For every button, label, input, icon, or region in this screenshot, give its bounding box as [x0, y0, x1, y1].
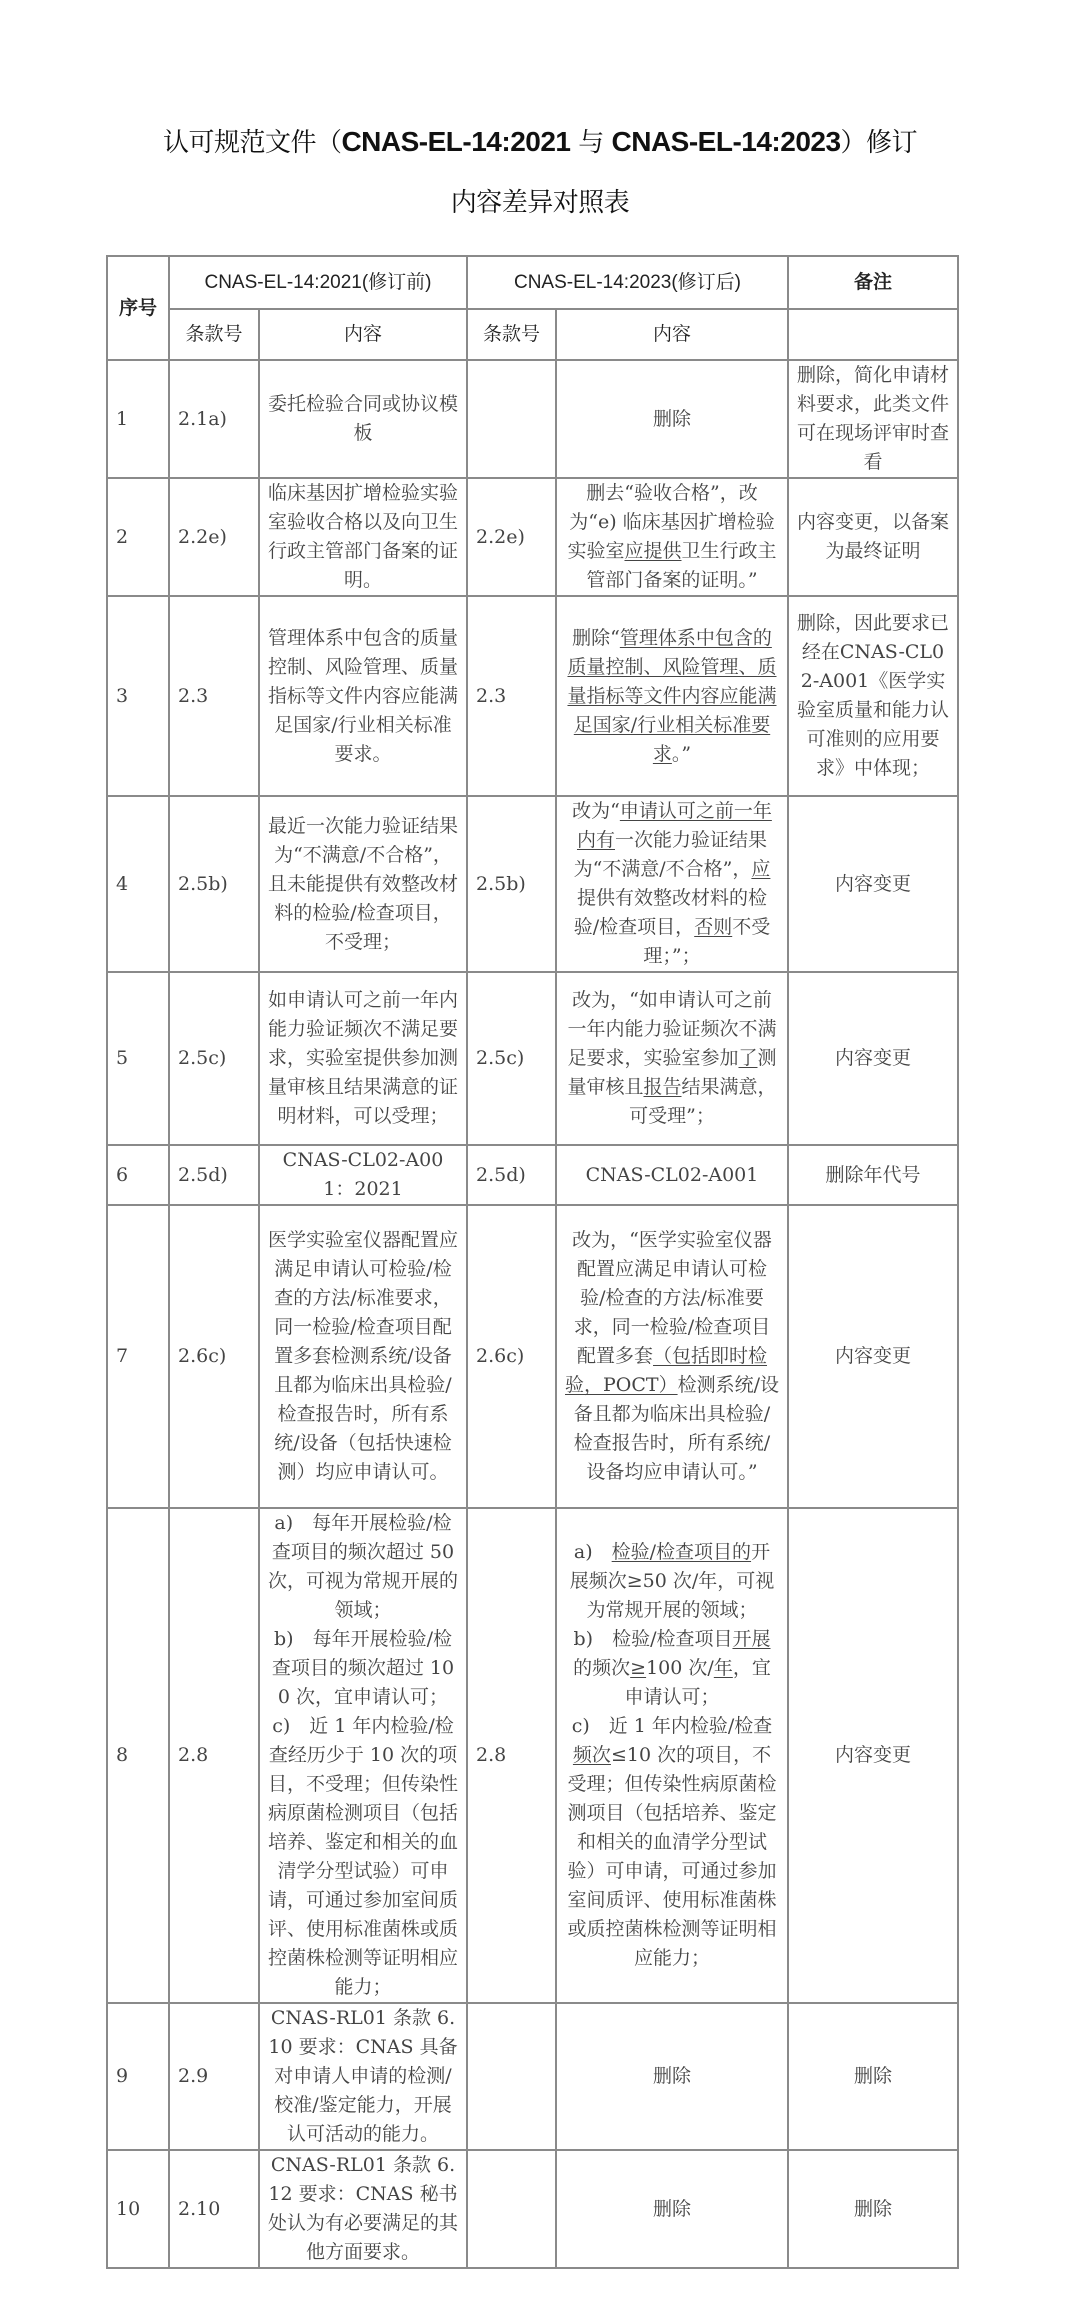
clause-before-cell: 2.1a)	[169, 360, 259, 478]
clause-before-cell: 2.5d)	[169, 1145, 259, 1205]
header-row-1: 序号 CNAS-EL-14:2021(修订前) CNAS-EL-14:2023(…	[107, 256, 958, 309]
revised-text-underlined: 应	[751, 858, 770, 880]
seq-cell: 2	[107, 478, 169, 596]
text-segment: 管理体系中包含的质量控制、风险管理、质量指标等文件内容应能满足国家/行业相关标准…	[268, 627, 458, 765]
text-segment: c) 近 1 年内检验/检查经历少于 10 次的项目，不受理；但传染性病原菌检测…	[268, 1715, 458, 1998]
text-segment: 删除	[653, 2065, 691, 2087]
text-segment: CNAS-CL02-A001：2021	[283, 1149, 444, 1200]
seq-cell: 9	[107, 2003, 169, 2150]
remark-cell: 内容变更	[788, 972, 958, 1145]
clause-after-cell: 2.3	[467, 596, 556, 796]
clause-after-cell	[467, 2003, 556, 2150]
clause-after-cell: 2.5b)	[467, 796, 556, 972]
seq-cell: 4	[107, 796, 169, 972]
text-segment: CNAS-RL01 条款 6.12 要求：CNAS 秘书处认为有必要满足的其他方…	[268, 2154, 458, 2263]
text-segment: CNAS-CL02-A001	[586, 1164, 759, 1186]
text-segment: b) 检验/检查项目	[574, 1628, 733, 1650]
content-before-cell: CNAS-RL01 条款 6.10 要求：CNAS 具备对申请人申请的检测/校准…	[259, 2003, 467, 2150]
text-segment: 委托检验合同或协议模板	[268, 393, 458, 444]
content-after-cell: 改为，“如申请认可之前一年内能力验证频次不满足要求，实验室参加了测量审核且报告结…	[556, 972, 788, 1145]
content-after-cell: 改为“申请认可之前一年内有一次能力验证结果为“不满意/不合格”，应提供有效整改材…	[556, 796, 788, 972]
content-after-cell: 删除	[556, 2003, 788, 2150]
content-before-cell: 医学实验室仪器配置应满足申请认可检验/检查的方法/标准要求，同一检验/检查项目配…	[259, 1205, 467, 1508]
revised-text-underlined: 年	[714, 1657, 733, 1679]
header-after: CNAS-EL-14:2023(修订后)	[467, 256, 788, 309]
content-before-cell: a) 每年开展检验/检查项目的频次超过 50 次，可视为常规开展的领域；b) 每…	[259, 1508, 467, 2003]
content-after-cell: 删去“验收合格”，改为“e) 临床基因扩增检验实验室应提供卫生行政主管部门备案的…	[556, 478, 788, 596]
content-after-cell: 删除	[556, 2150, 788, 2268]
content-after-cell: 删除	[556, 360, 788, 478]
header-clause-before: 条款号	[169, 309, 259, 360]
text-segment: a) 每年开展检验/检查项目的频次超过 50 次，可视为常规开展的领域；	[268, 1512, 458, 1621]
header-remark-empty	[788, 309, 958, 360]
content-before-cell: 管理体系中包含的质量控制、风险管理、质量指标等文件内容应能满足国家/行业相关标准…	[259, 596, 467, 796]
text-segment: 临床基因扩增检验实验室验收合格以及向卫生行政主管部门备案的证明。	[268, 482, 458, 591]
content-before-cell: 最近一次能力验证结果为“不满意/不合格”，且未能提供有效整改材料的检验/检查项目…	[259, 796, 467, 972]
document-title-line2: 内容差异对照表	[0, 182, 1080, 219]
table-row: 72.6c)医学实验室仪器配置应满足申请认可检验/检查的方法/标准要求，同一检验…	[107, 1205, 958, 1508]
table-row: 12.1a)委托检验合同或协议模板删除删除，简化申请材料要求，此类文件可在现场评…	[107, 360, 958, 478]
revised-text-underlined: ≥	[630, 1657, 646, 1679]
remark-cell: 删除	[788, 2150, 958, 2268]
seq-cell: 10	[107, 2150, 169, 2268]
remark-cell: 内容变更，以备案为最终证明	[788, 478, 958, 596]
revised-text-underlined: 检验/检查项目的	[612, 1541, 751, 1563]
content-after-cell: a) 检验/检查项目的开展频次≥50 次/年，可视为常规开展的领域；b) 检验/…	[556, 1508, 788, 2003]
title-connector: 与	[570, 128, 611, 158]
seq-cell: 5	[107, 972, 169, 1145]
text-segment: 医学实验室仪器配置应满足申请认可检验/检查的方法/标准要求，同一检验/检查项目配…	[268, 1229, 458, 1483]
document-title-line1: 认可规范文件（CNAS-EL-14:2021 与 CNAS-EL-14:2023…	[0, 122, 1080, 159]
text-segment: 如申请认可之前一年内能力验证频次不满足要求，实验室提供参加测量审核且结果满意的证…	[268, 989, 458, 1127]
clause-after-cell	[467, 360, 556, 478]
text-segment: 。”	[672, 743, 691, 765]
header-row-2: 条款号 内容 条款号 内容	[107, 309, 958, 360]
content-after-cell: 改为，“医学实验室仪器配置应满足申请认可检验/检查的方法/标准要求，同一检验/检…	[556, 1205, 788, 1508]
remark-cell: 内容变更	[788, 796, 958, 972]
content-after-cell: 删除“管理体系中包含的质量控制、风险管理、质量指标等文件内容应能满足国家/行业相…	[556, 596, 788, 796]
title-code-2023: CNAS-EL-14:2023	[612, 126, 841, 157]
header-remark: 备注	[788, 256, 958, 309]
title-code-2021: CNAS-EL-14:2021	[341, 126, 570, 157]
text-segment: a)	[574, 1541, 612, 1563]
text-segment: 最近一次能力验证结果为“不满意/不合格”，且未能提供有效整改材料的检验/检查项目…	[268, 815, 458, 953]
revised-text-underlined: 开展	[732, 1628, 770, 1650]
seq-cell: 7	[107, 1205, 169, 1508]
table-row: 92.9CNAS-RL01 条款 6.10 要求：CNAS 具备对申请人申请的检…	[107, 2003, 958, 2150]
table-row: 102.10CNAS-RL01 条款 6.12 要求：CNAS 秘书处认为有必要…	[107, 2150, 958, 2268]
text-segment: 删除	[653, 2198, 691, 2220]
seq-cell: 8	[107, 1508, 169, 2003]
header-clause-after: 条款号	[467, 309, 556, 360]
revised-text-underlined: 应提供	[624, 540, 681, 562]
table-row: 22.2e)临床基因扩增检验实验室验收合格以及向卫生行政主管部门备案的证明。2.…	[107, 478, 958, 596]
clause-before-cell: 2.2e)	[169, 478, 259, 596]
revised-text-underlined: 了	[738, 1047, 757, 1069]
text-segment: 100 次/	[646, 1657, 714, 1679]
clause-after-cell: 2.5c)	[467, 972, 556, 1145]
seq-cell: 6	[107, 1145, 169, 1205]
clause-after-cell: 2.8	[467, 1508, 556, 2003]
table-row: 32.3管理体系中包含的质量控制、风险管理、质量指标等文件内容应能满足国家/行业…	[107, 596, 958, 796]
revised-text-underlined: 报告	[643, 1076, 681, 1098]
clause-after-cell: 2.5d)	[467, 1145, 556, 1205]
clause-after-cell	[467, 2150, 556, 2268]
text-segment: ≤10 次的项目，不受理；但传染性病原菌检测项目（包括培养、鉴定和相关的血清学分…	[567, 1744, 776, 1969]
clause-before-cell: 2.5b)	[169, 796, 259, 972]
content-before-cell: CNAS-CL02-A001：2021	[259, 1145, 467, 1205]
seq-cell: 1	[107, 360, 169, 478]
clause-before-cell: 2.8	[169, 1508, 259, 2003]
header-before: CNAS-EL-14:2021(修订前)	[169, 256, 467, 309]
header-content-before: 内容	[259, 309, 467, 360]
text-segment: c) 近 1 年内检验/检查	[572, 1715, 773, 1737]
content-before-cell: 临床基因扩增检验实验室验收合格以及向卫生行政主管部门备案的证明。	[259, 478, 467, 596]
clause-after-cell: 2.2e)	[467, 478, 556, 596]
remark-cell: 删除年代号	[788, 1145, 958, 1205]
text-segment: 改为“	[572, 800, 620, 822]
clause-before-cell: 2.5c)	[169, 972, 259, 1145]
content-before-cell: 委托检验合同或协议模板	[259, 360, 467, 478]
text-segment: 的频次	[573, 1657, 630, 1679]
header-seq: 序号	[107, 256, 169, 360]
clause-before-cell: 2.3	[169, 596, 259, 796]
remark-cell: 内容变更	[788, 1508, 958, 2003]
revised-text-underlined: 否则	[694, 916, 732, 938]
text-segment: 删除	[653, 408, 691, 430]
remark-cell: 删除	[788, 2003, 958, 2150]
title-prefix: 认可规范文件（	[163, 128, 342, 158]
remark-cell: 删除，因此要求已经在CNAS-CL02-A001《医学实验室质量和能力认可准则的…	[788, 596, 958, 796]
revised-text-underlined: 频次	[573, 1744, 611, 1766]
table-body: 12.1a)委托检验合同或协议模板删除删除，简化申请材料要求，此类文件可在现场评…	[107, 360, 958, 2268]
table-row: 62.5d)CNAS-CL02-A001：20212.5d)CNAS-CL02-…	[107, 1145, 958, 1205]
content-after-cell: CNAS-CL02-A001	[556, 1145, 788, 1205]
remark-cell: 内容变更	[788, 1205, 958, 1508]
table-row: 52.5c)如申请认可之前一年内能力验证频次不满足要求，实验室提供参加测量审核且…	[107, 972, 958, 1145]
content-before-cell: 如申请认可之前一年内能力验证频次不满足要求，实验室提供参加测量审核且结果满意的证…	[259, 972, 467, 1145]
table-row: 82.8a) 每年开展检验/检查项目的频次超过 50 次，可视为常规开展的领域；…	[107, 1508, 958, 2003]
seq-cell: 3	[107, 596, 169, 796]
text-segment: 删除“	[572, 627, 620, 649]
table-row: 42.5b)最近一次能力验证结果为“不满意/不合格”，且未能提供有效整改材料的检…	[107, 796, 958, 972]
content-before-cell: CNAS-RL01 条款 6.12 要求：CNAS 秘书处认为有必要满足的其他方…	[259, 2150, 467, 2268]
remark-cell: 删除，简化申请材料要求，此类文件可在现场评审时查看	[788, 360, 958, 478]
text-segment: CNAS-RL01 条款 6.10 要求：CNAS 具备对申请人申请的检测/校准…	[268, 2007, 457, 2145]
text-segment: b) 每年开展检验/检查项目的频次超过 100 次，宜申请认可；	[272, 1628, 454, 1708]
header-content-after: 内容	[556, 309, 788, 360]
clause-before-cell: 2.6c)	[169, 1205, 259, 1508]
clause-after-cell: 2.6c)	[467, 1205, 556, 1508]
clause-before-cell: 2.10	[169, 2150, 259, 2268]
clause-before-cell: 2.9	[169, 2003, 259, 2150]
title-suffix: ）修订	[841, 128, 918, 158]
comparison-table: 序号 CNAS-EL-14:2021(修订前) CNAS-EL-14:2023(…	[106, 255, 959, 2269]
